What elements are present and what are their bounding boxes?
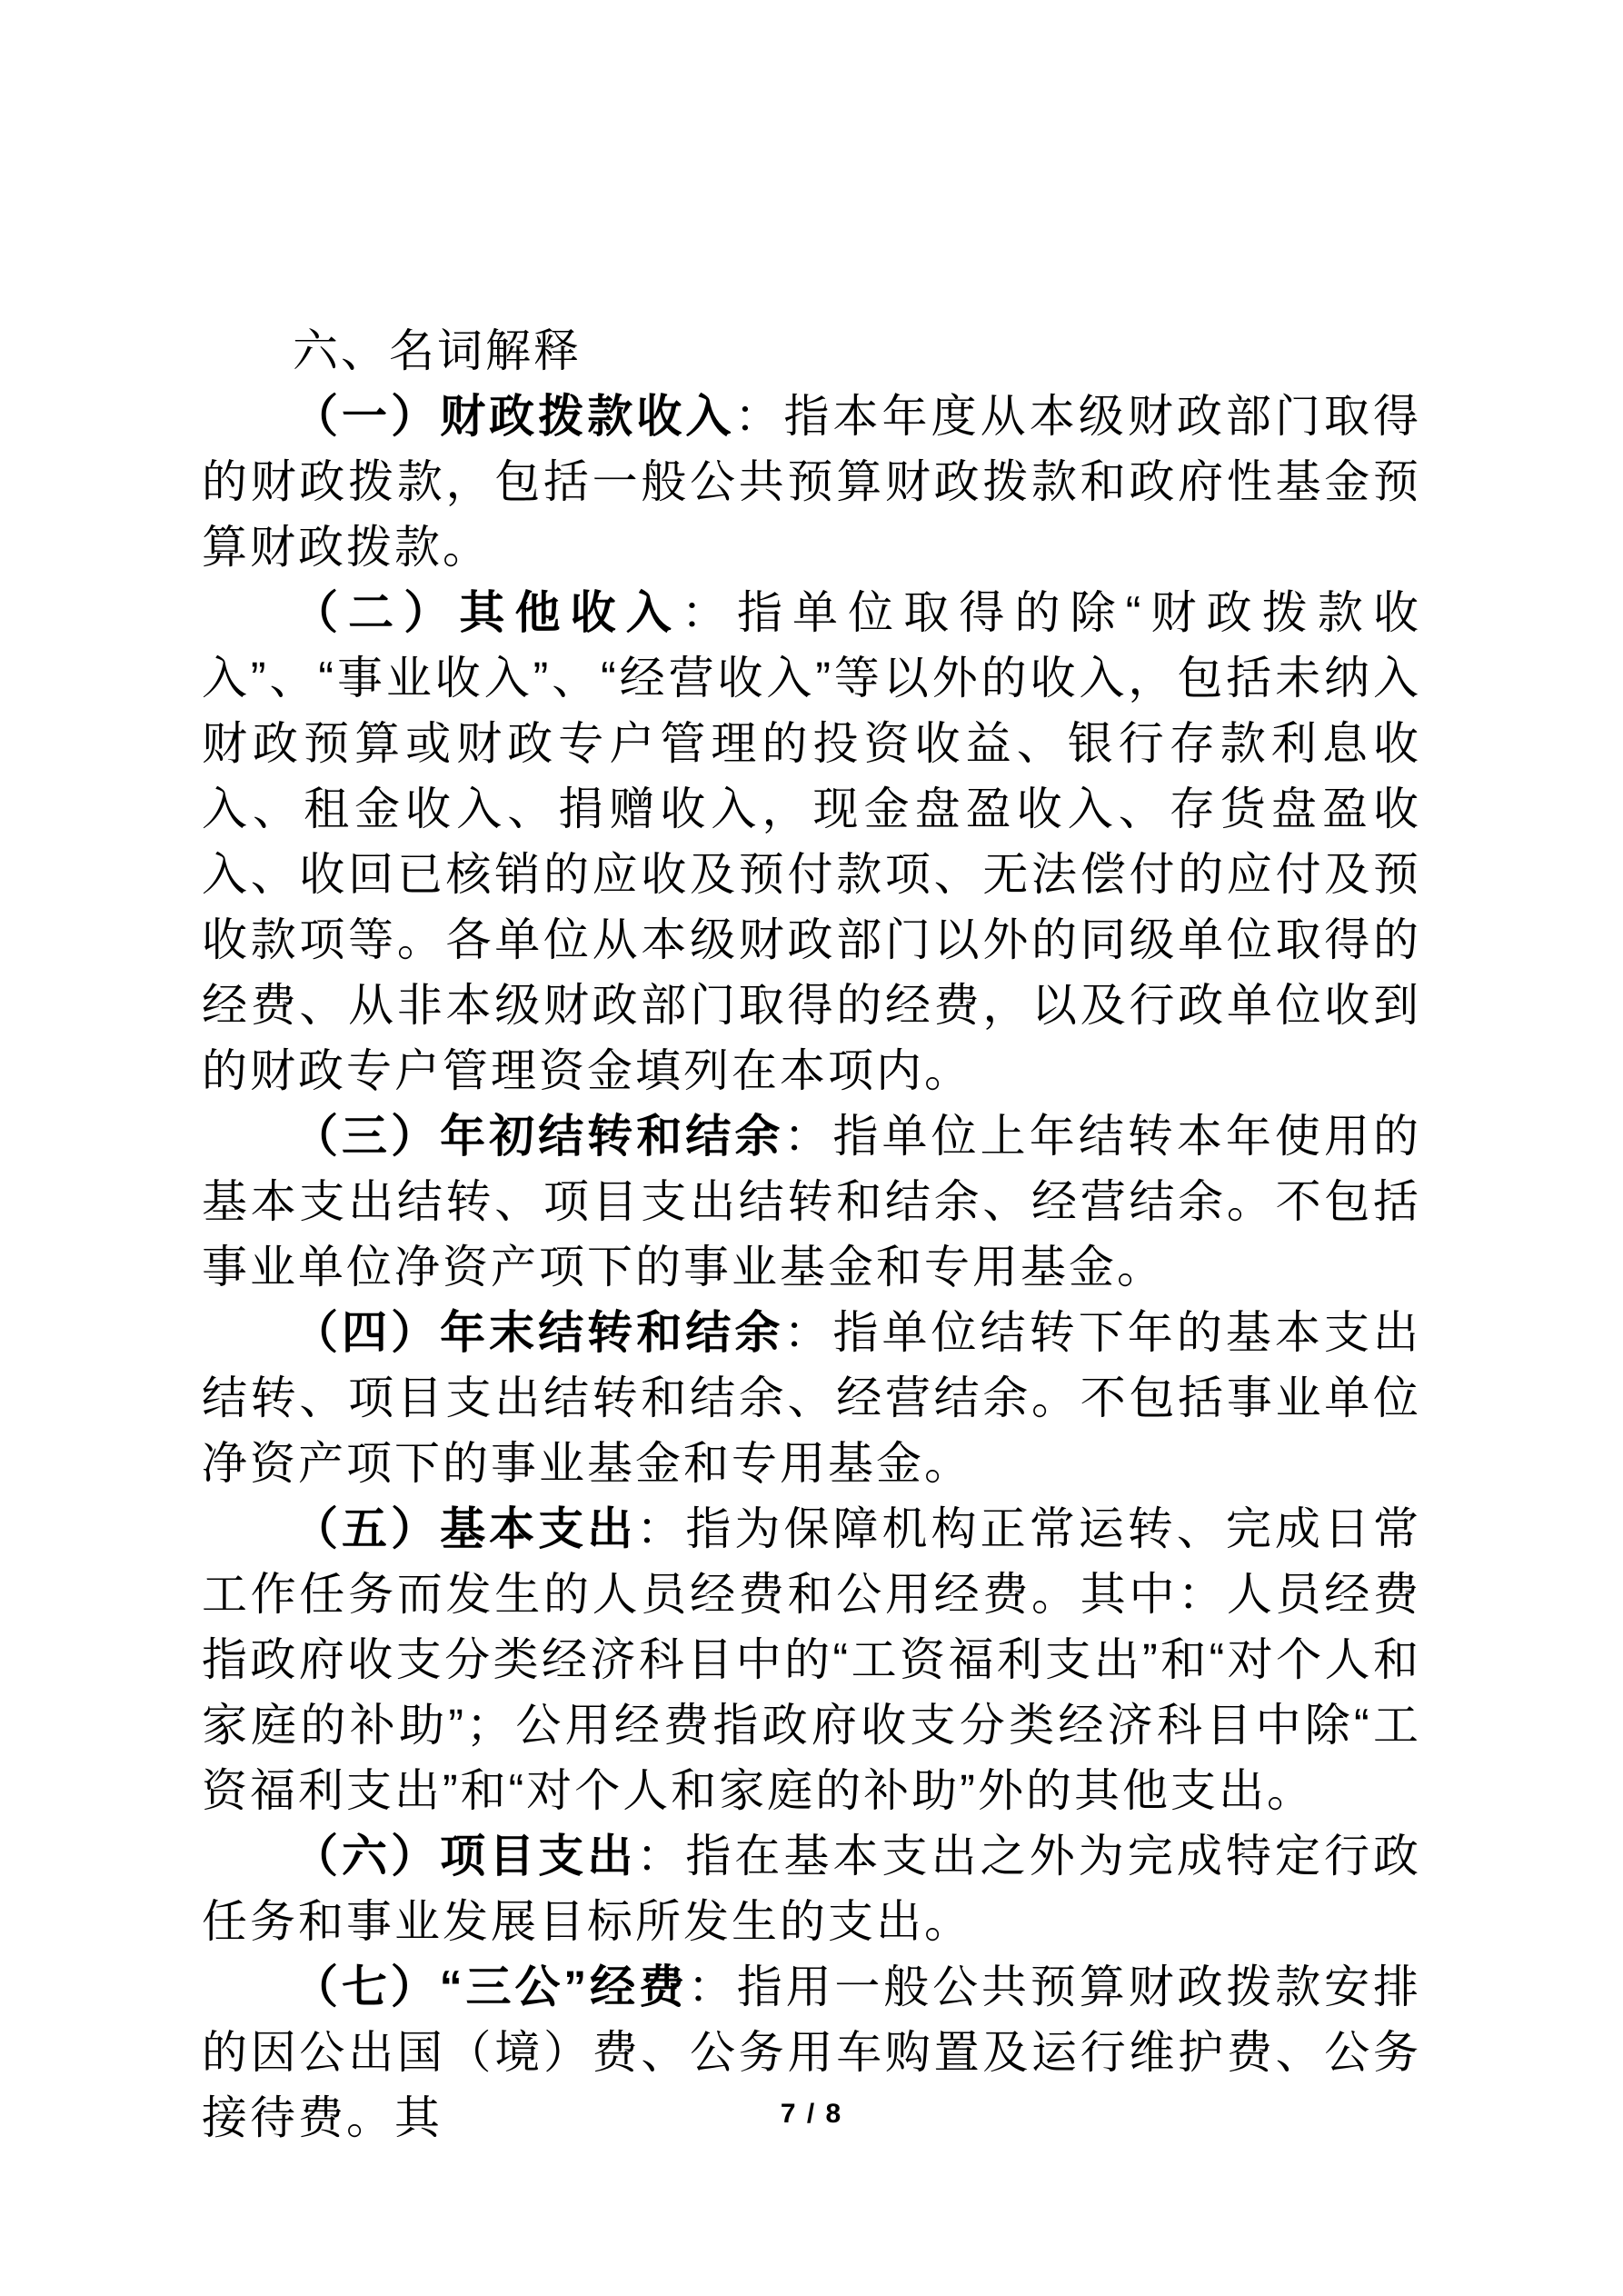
term-label: （五）基本支出 xyxy=(293,1503,636,1554)
document-page: { "colors": { "background": "#ffffff", "… xyxy=(0,0,1623,2296)
definition-paragraph: （四）年末结转和结余：指单位结转下年的基本支出结转、项目支出结转和结余、经营结余… xyxy=(202,1300,1421,1496)
definition-paragraph: （二）其他收入：指单位取得的除“财政拨款收入”、“事业收入”、“经营收入”等以外… xyxy=(202,580,1421,1103)
definition-list: （一）财政拨款收入：指本年度从本级财政部门取得的财政拨款，包括一般公共预算财政拨… xyxy=(202,384,1421,2151)
term-label: （一）财政拨款收入 xyxy=(293,391,734,442)
page-content: 六、名词解释 （一）财政拨款收入：指本年度从本级财政部门取得的财政拨款，包括一般… xyxy=(202,318,1421,2151)
term-label: （二）其他收入 xyxy=(293,587,682,638)
term-label: （六）项目支出 xyxy=(293,1831,636,1882)
definition-paragraph: （三）年初结转和结余：指单位上年结转本年使用的基本支出结转、项目支出结转和结余、… xyxy=(202,1103,1421,1300)
definition-paragraph: （一）财政拨款收入：指本年度从本级财政部门取得的财政拨款，包括一般公共预算财政拨… xyxy=(202,384,1421,580)
term-label: （七）“三公”经费 xyxy=(293,1962,688,2012)
term-label: （三）年初结转和结余 xyxy=(293,1111,783,1162)
definition-paragraph: （五）基本支出：指为保障机构正常运转、完成日常工作任务而发生的人员经费和公用经费… xyxy=(202,1496,1421,1823)
definition-paragraph: （六）项目支出：指在基本支出之外为完成特定行政任务和事业发展目标所发生的支出。 xyxy=(202,1823,1421,1954)
term-definition: ：指单位取得的除“财政拨款收入”、“事业收入”、“经营收入”等以外的收入，包括未… xyxy=(202,587,1421,1096)
page-number: 7 / 8 xyxy=(0,2094,1623,2134)
page: 六、名词解释 （一）财政拨款收入：指本年度从本级财政部门取得的财政拨款，包括一般… xyxy=(0,0,1623,2296)
section-heading: 六、名词解释 xyxy=(202,318,1421,384)
term-label: （四）年末结转和结余 xyxy=(293,1307,783,1358)
